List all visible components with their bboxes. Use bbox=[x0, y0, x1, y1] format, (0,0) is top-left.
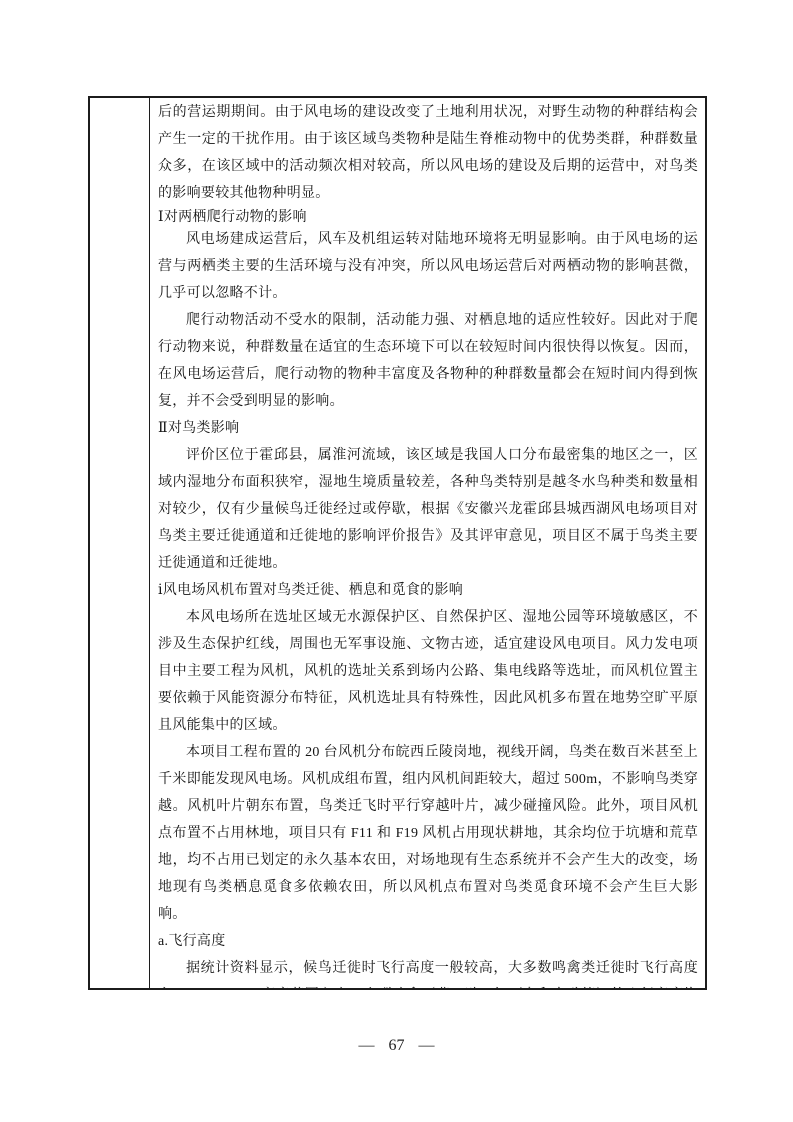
body-paragraph-site-selection: 本风电场所在选址区域无水源保护区、自然保护区、湿地公园等环境敏感区，不涉及生态保… bbox=[158, 604, 698, 739]
body-paragraph-operation-period: 后的营运期期间。由于风电场的建设改变了土地利用状况，对野生动物的种群结构会产生一… bbox=[158, 99, 698, 207]
section-heading-amphibians-reptiles: Ⅰ对两栖爬行动物的影响 bbox=[158, 207, 698, 226]
subsection-heading-turbine-layout: ⅰ风电场风机布置对鸟类迁徙、栖息和觅食的影响 bbox=[158, 577, 698, 604]
footer-left-dash: — bbox=[359, 1036, 375, 1056]
body-paragraph-reptiles: 爬行动物活动不受水的限制，活动能力强、对栖息地的适应性较好。因此对于爬行动物来说… bbox=[158, 307, 698, 415]
body-paragraph-turbine-arrangement: 本项目工程布置的 20 台风机分布皖西丘陵岗地，视线开阔，鸟类在数百米甚至上千米… bbox=[158, 739, 698, 928]
table-left-empty-column bbox=[90, 98, 150, 988]
body-paragraph-flight-height-stats: 据统计资料显示，候鸟迁徙时飞行高度一般较高，大多数鸣禽类迁徙时飞行高度在3000… bbox=[158, 955, 698, 988]
page-footer: —67— bbox=[0, 1036, 793, 1056]
content-table: 后的营运期期间。由于风电场的建设改变了土地利用状况，对野生动物的种群结构会产生一… bbox=[88, 96, 707, 990]
document-page: { "page": { "background": "#ffffff", "bo… bbox=[0, 0, 793, 1122]
body-paragraph-amphibians: 风电场建成运营后，风车及机组运转对陆地环境将无明显影响。由于风电场的运营与两栖类… bbox=[158, 226, 698, 307]
section-heading-birds: Ⅱ对鸟类影响 bbox=[158, 415, 698, 442]
body-paragraph-evaluation-area: 评价区位于霍邱县，属淮河流域，该区域是我国人口分布最密集的地区之一，区域内湿地分… bbox=[158, 442, 698, 577]
table-text-column: 后的营运期期间。由于风电场的建设改变了土地利用状况，对野生动物的种群结构会产生一… bbox=[150, 98, 705, 988]
subsection-heading-flight-height: a.飞行高度 bbox=[158, 928, 698, 955]
page-number: 67 bbox=[389, 1036, 405, 1056]
footer-right-dash: — bbox=[419, 1036, 435, 1056]
